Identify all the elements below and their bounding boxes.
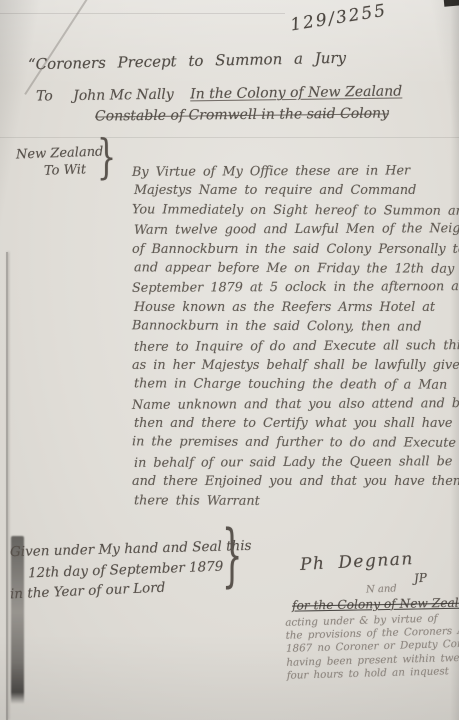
- paper-crease-diagonal: [24, 0, 90, 95]
- body-text: By Virtue of My Office these are in Her …: [132, 162, 454, 511]
- addressee-to: To: [36, 88, 53, 104]
- addressee-place: In the Colony of New Zealand: [190, 83, 402, 102]
- binding-ink-smudge: [11, 536, 24, 704]
- signature-interlinear-insert: N and: [366, 583, 397, 595]
- reference-number: 129/3255: [289, 1, 388, 36]
- body-line: in behalf of our said Lady the Queen sha…: [132, 452, 454, 473]
- body-line: Bannockburn in the said Colony, then and: [132, 316, 454, 337]
- signature-suffix: JP: [414, 571, 428, 586]
- binding-edge-line: [6, 252, 8, 720]
- body-line: and appear before Me on Friday the 12th …: [132, 258, 454, 279]
- body-line: in the premises and further to do and Ex…: [132, 433, 454, 454]
- jurisdiction-line2: To Wit: [44, 162, 87, 178]
- body-line: Name unknown and that you also attend an…: [132, 394, 454, 415]
- body-line: September 1879 at 5 oclock in the aftern…: [132, 278, 454, 299]
- paper-fold-line-middle: [0, 137, 459, 138]
- signature-capacity-line: for the Colony of New Zealand: [292, 595, 459, 612]
- jurisdiction-line1: New Zealand: [16, 144, 104, 162]
- addressee-line: To John Mc Nally In the Colony of New Ze…: [36, 83, 402, 104]
- body-line: then and there to Certify what you shall…: [132, 414, 454, 433]
- closing-line1: Given under My hand and Seal this: [10, 538, 252, 560]
- body-line: By Virtue of My Office these are in Her: [132, 161, 454, 182]
- closing-line2: 12th day of September 1879: [28, 559, 224, 582]
- closing-brace: }: [222, 514, 242, 596]
- body-line: Warn twelve good and Lawful Men of the N…: [132, 219, 454, 240]
- body-line: there to Inquire of do and Execute all s…: [132, 336, 454, 357]
- document-title: “Coroners Precept to Summon a Jury: [28, 49, 346, 74]
- body-line: of Bannockburn in the said Colony Person…: [132, 240, 454, 259]
- addressee-name: John Mc Nally: [73, 87, 174, 104]
- jurisdiction-brace: }: [97, 131, 116, 185]
- signature-name: Ph Degnan: [300, 549, 415, 575]
- paper-fold-line-top: [0, 13, 285, 14]
- body-line: them in Charge touching the death of a M…: [132, 375, 454, 396]
- scanned-document-page: 129/3255 “Coroners Precept to Summon a J…: [0, 0, 459, 720]
- body-line: as in her Majestys behalf shall be lawfu…: [132, 356, 454, 375]
- body-line: and there Enjoined you and that you have…: [132, 472, 454, 491]
- body-line: there this Warrant: [132, 491, 454, 512]
- body-line: Majestys Name to require and Command: [132, 181, 454, 200]
- addressee-title-line: Constable of Cromwell in the said Colony: [95, 105, 389, 124]
- body-line: You Immediately on Sight hereof to Summo…: [132, 200, 454, 221]
- signature-annotation: acting under & by virtue of the provisio…: [285, 611, 459, 683]
- closing-line3: in the Year of our Lord: [10, 580, 166, 603]
- body-line: House known as the Reefers Arms Hotel at: [132, 298, 454, 317]
